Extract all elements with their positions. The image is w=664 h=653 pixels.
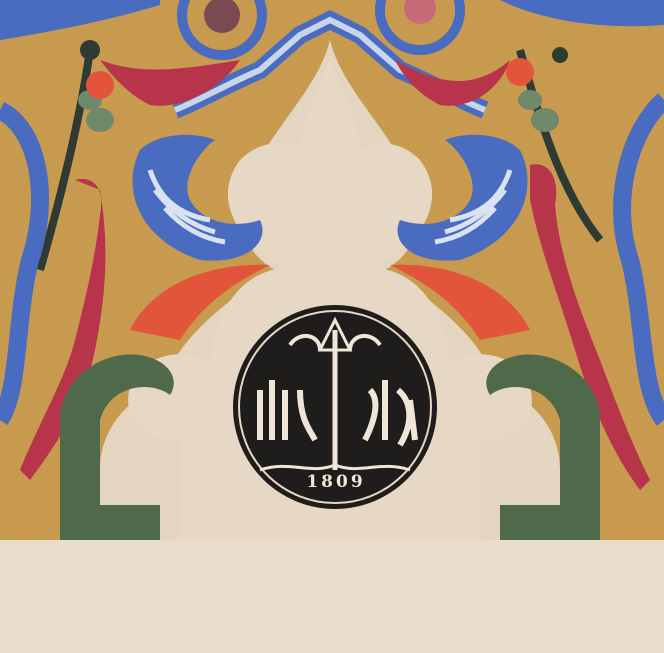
seal-date: 1809 [296, 472, 376, 492]
illumination-artwork [0, 0, 664, 653]
manuscript-illumination: 1809 [0, 0, 664, 653]
